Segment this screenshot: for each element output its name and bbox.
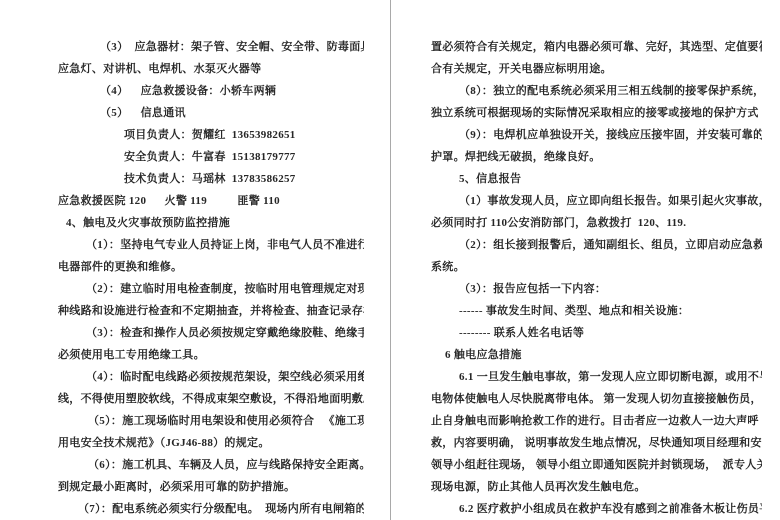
- page-right: 置必须符合有关规定，箱内电器必须可靠、完好，其选型、定值要符合有关规定，开关电器…: [391, 0, 780, 520]
- text-line: （5） 信息通讯: [58, 102, 364, 124]
- text-line: 5、信息报告: [431, 168, 762, 190]
- text-line: 现场电源，防止其他人员再次发生触电危。: [431, 476, 762, 498]
- text-line: 必须使用电工专用绝缘工具。: [58, 344, 364, 366]
- text-line: 安全负责人：牛富春 15138179777: [58, 146, 364, 168]
- text-line: （1）：坚持电气专业人员持证上岗，非电气人员不准进行任何: [58, 234, 364, 256]
- text-line: （1）事故发现人员，应立即向组长报告。如果引起火灾事故，: [431, 190, 762, 212]
- text-line: 应急救援医院 120 火警 119 匪警 110: [58, 190, 364, 212]
- text-line: 应急灯、对讲机、电焊机、水泵灭火器等: [58, 58, 364, 80]
- text-line: 线，不得使用塑胶软线，不得成束架空敷设，不得沿地面明敷。: [58, 388, 364, 410]
- text-line: 6.1 一旦发生触电事故，第一发现人应立即切断电源，或用不导: [431, 366, 762, 388]
- text-line: 救，内容要明确， 说明事故发生地点情况，尽快通知项目经理和安全: [431, 432, 762, 454]
- text-line: 置必须符合有关规定，箱内电器必须可靠、完好，其选型、定值要符: [431, 36, 762, 58]
- text-line: 4、触电及火灾事故预防监控措施: [58, 212, 364, 234]
- text-line: （9）：电焊机应单独设开关，接线应压接牢固，并安装可靠的防: [431, 124, 762, 146]
- text-line: 技术负责人：马瑶林 13783586257: [58, 168, 364, 190]
- text-line: （3） 应急器材：架子管、安全帽、安全带、防毒面具、: [58, 36, 364, 58]
- text-line: （2）：组长接到报警后，通知副组长、组员，立即启动应急救援: [431, 234, 762, 256]
- text-line: （7）：配电系统必须实行分级配电。 现场内所有电闸箱的内部设: [58, 498, 364, 520]
- text-line: -------- 联系人姓名电话等: [431, 322, 762, 344]
- text-line: 止自身触电而影响抢救工作的进行。目击者应一边救人一边大声呼: [431, 410, 762, 432]
- text-line: 护罩。焊把线无破损，绝缘良好。: [431, 146, 762, 168]
- text-line: （5）：施工现场临时用电架设和使用必须符合 《施工现场临时: [58, 410, 364, 432]
- text-line: 电物体使触电人尽快脱离带电体。 第一发现人切勿直接接触伤员， 防: [431, 388, 762, 410]
- text-line: 电器部件的更换和维修。: [58, 256, 364, 278]
- text-line: （4）：临时配电线路必须按规范架设，架空线必须采用绝缘导: [58, 366, 364, 388]
- text-line: 领导小组赶往现场， 领导小组立即通知医院并封锁现场， 派专人关闭: [431, 454, 762, 476]
- text-line: （4） 应急救援设备：小轿车两辆: [58, 80, 364, 102]
- text-line: 用电安全技术规范》（JGJ46-88）的规定。: [58, 432, 364, 454]
- document-viewer: （3） 应急器材：架子管、安全帽、安全带、防毒面具、应急灯、对讲机、电焊机、水泵…: [0, 0, 780, 520]
- text-line: （3）：报告应包括一下内容：: [431, 278, 762, 300]
- text-line: 系统。: [431, 256, 762, 278]
- text-line: 6 触电应急措施: [431, 344, 762, 366]
- text-line: （2）：建立临时用电检查制度，按临时用电管理规定对现场各: [58, 278, 364, 300]
- text-line: （3）：检查和操作人员必须按规定穿戴绝缘胶鞋、绝缘手套，: [58, 322, 364, 344]
- text-line: 种线路和设施进行检查和不定期抽查，并将检查、抽查记录存档。: [58, 300, 364, 322]
- page-left: （3） 应急器材：架子管、安全帽、安全带、防毒面具、应急灯、对讲机、电焊机、水泵…: [0, 0, 390, 520]
- text-line: 独立系统可根据现场的实际情况采取相应的接零或接地的保护方式: [431, 102, 762, 124]
- text-line: 项目负责人：贺耀红 13653982651: [58, 124, 364, 146]
- text-line: 合有关规定，开关电器应标明用途。: [431, 58, 762, 80]
- text-line: （6）：施工机具、车辆及人员，应与线路保持安全距离。达不: [58, 454, 364, 476]
- text-line: 必须同时打 110公安消防部门，急救拨打 120、119.: [431, 212, 762, 234]
- text-line: ------ 事故发生时间、类型、地点和相关设施：: [431, 300, 762, 322]
- text-line: （8）：独立的配电系统必须采用三相五线制的接零保护系统， 非: [431, 80, 762, 102]
- text-line: 到规定最小距离时，必须采用可靠的防护措施。: [58, 476, 364, 498]
- text-line: 6.2 医疗救护小组成员在救护车没有感到之前准备木板让伤员平: [431, 498, 762, 520]
